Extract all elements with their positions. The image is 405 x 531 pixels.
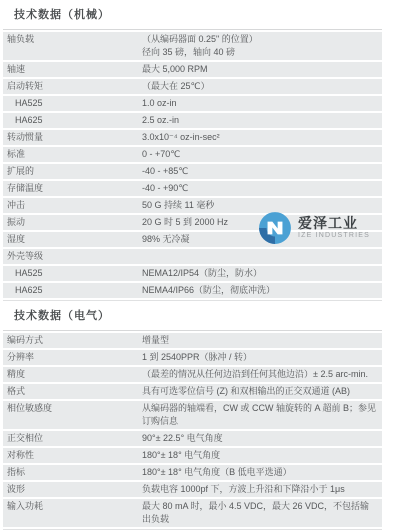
table-row: 分辨率1 到 2540PPR（脉冲 / 转） [3,350,382,365]
spec-label: 波形 [3,482,142,497]
table-row: 存储温度-40 - +90℃ [3,181,382,196]
spec-label: 转动惯量 [3,130,142,145]
spec-label: HA525 [3,266,142,281]
spec-label: 存储温度 [3,181,142,196]
table-row: 轴速最大 5,000 RPM [3,62,382,77]
spec-value: （最差的情况从任何边沿到任何其他边沿）± 2.5 arc-min. [142,367,382,382]
spec-value: NEMA4/IP66（防尘，彻底冲洗） [142,283,382,298]
table-row: 振动20 G 时 5 到 2000 Hz [3,215,382,230]
spec-label: 振动 [3,215,142,230]
spec-value: 90°± 22.5° 电气角度 [142,431,382,446]
spec-value: （最大在 25℃） [142,79,382,94]
spec-value: 最大 5,000 RPM [142,62,382,77]
spec-label: 外壳等级 [3,249,142,264]
spec-table-mechanical: 轴负载（从编码器面 0.25" 的位置） 径向 35 磅，轴向 40 磅轴速最大… [3,29,382,301]
table-row: HA625NEMA4/IP66（防尘，彻底冲洗） [3,283,382,298]
spec-label: 分辨率 [3,350,142,365]
table-row: 启动转矩（最大在 25℃） [3,79,382,94]
spec-value: 增量型 [142,333,382,348]
table-row: 转动惯量3.0x10⁻⁴ oz-in-sec² [3,130,382,145]
spec-label: 扩展的 [3,164,142,179]
spec-value: -40 - +90℃ [142,181,382,196]
table-row: 精度（最差的情况从任何边沿到任何其他边沿）± 2.5 arc-min. [3,367,382,382]
spec-value: 20 G 时 5 到 2000 Hz [142,215,382,230]
table-row: 轴负载（从编码器面 0.25" 的位置） 径向 35 磅，轴向 40 磅 [3,32,382,60]
spec-value: 3.0x10⁻⁴ oz-in-sec² [142,130,382,145]
table-row: HA6252.5 oz.-in [3,113,382,128]
spec-label: 编码方式 [3,333,142,348]
section-title-electrical: 技术数据（电气） [0,301,405,330]
spec-value: 50 G 持续 11 毫秒 [142,198,382,213]
table-row: 标准0 - +70℃ [3,147,382,162]
section-mechanical: 技术数据（机械） 轴负载（从编码器面 0.25" 的位置） 径向 35 磅，轴向… [0,0,405,301]
spec-value: （从编码器面 0.25" 的位置） 径向 35 磅，轴向 40 磅 [142,32,382,60]
spec-label: 格式 [3,384,142,399]
table-row: HA5251.0 oz-in [3,96,382,111]
spec-label: 轴速 [3,62,142,77]
spec-value: -40 - +85℃ [142,164,382,179]
spec-value: 2.5 oz.-in [142,113,382,128]
table-row: 冲击50 G 持续 11 毫秒 [3,198,382,213]
spec-label: HA625 [3,283,142,298]
spec-label: HA625 [3,113,142,128]
spec-value: 负载电容 1000pf 下，方波上升沿和下降沿小于 1μs [142,482,382,497]
spec-value: 最大 80 mA 时，最小 4.5 VDC，最大 26 VDC，不包括输出负载 [142,499,382,527]
spec-label: 标准 [3,147,142,162]
spec-label: 相位敏感度 [3,401,142,416]
spec-label: 轴负载 [3,32,142,47]
spec-value: 180°± 18° 电气角度（B 低电平选通） [142,465,382,480]
spec-label: 正交相位 [3,431,142,446]
table-row: 外壳等级 [3,249,382,264]
table-row: 湿度98% 无冷凝 [3,232,382,247]
table-row: 输入功耗最大 80 mA 时，最小 4.5 VDC，最大 26 VDC，不包括输… [3,499,382,527]
spec-label: 湿度 [3,232,142,247]
datasheet-page: { "colors": { "row_background": "#e8eaeb… [0,0,405,531]
spec-label: 冲击 [3,198,142,213]
table-row: 对称性180°± 18° 电气角度 [3,448,382,463]
spec-label: 指标 [3,465,142,480]
table-row: 正交相位90°± 22.5° 电气角度 [3,431,382,446]
section-electrical: 技术数据（电气） 编码方式增量型分辨率1 到 2540PPR（脉冲 / 转）精度… [0,301,405,530]
table-row: 格式具有可选零位信号 (Z) 和双相输出的正交双通道 (AB) [3,384,382,399]
spec-value: NEMA12/IP54（防尘，防水） [142,266,382,281]
spec-value: 1.0 oz-in [142,96,382,111]
spec-label: HA525 [3,96,142,111]
spec-value: 180°± 18° 电气角度 [142,448,382,463]
spec-label: 精度 [3,367,142,382]
table-row: 指标180°± 18° 电气角度（B 低电平选通） [3,465,382,480]
spec-label: 输入功耗 [3,499,142,514]
spec-value: 0 - +70℃ [142,147,382,162]
spec-label: 对称性 [3,448,142,463]
table-row: HA525NEMA12/IP54（防尘，防水） [3,266,382,281]
section-title-mechanical: 技术数据（机械） [0,0,405,29]
spec-value: 从编码器的轴端看，CW 或 CCW 轴旋转的 A 超前 B；参见订购信息 [142,401,382,429]
table-row: 相位敏感度从编码器的轴端看，CW 或 CCW 轴旋转的 A 超前 B；参见订购信… [3,401,382,429]
spec-value: 1 到 2540PPR（脉冲 / 转） [142,350,382,365]
spec-value [142,249,382,251]
table-row: 编码方式增量型 [3,333,382,348]
spec-value: 98% 无冷凝 [142,232,382,247]
spec-table-electrical: 编码方式增量型分辨率1 到 2540PPR（脉冲 / 转）精度（最差的情况从任何… [3,330,382,530]
table-row: 波形负载电容 1000pf 下，方波上升沿和下降沿小于 1μs [3,482,382,497]
spec-value: 具有可选零位信号 (Z) 和双相输出的正交双通道 (AB) [142,384,382,399]
table-row: 扩展的-40 - +85℃ [3,164,382,179]
spec-label: 启动转矩 [3,79,142,94]
